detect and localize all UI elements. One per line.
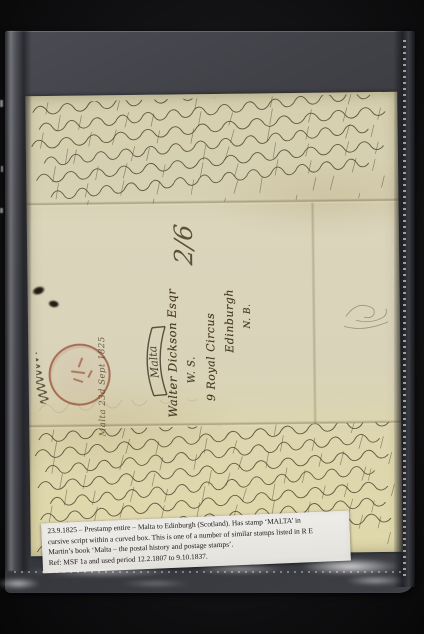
address-line-region: N. B. (238, 256, 258, 328)
address-line-street: 9 Royal Circus (200, 257, 221, 401)
address-block: Walter Dickson Esqr W. S. 9 Royal Circus… (162, 256, 264, 417)
background-speck (0, 208, 3, 213)
malta-stamp: Malta (139, 323, 174, 401)
handwriting-left-annotation (35, 319, 50, 404)
doodle-sketch (342, 286, 397, 335)
glare-highlight (300, 558, 400, 575)
ink-blot (31, 284, 47, 297)
ink-blot (47, 299, 60, 309)
background-speck (1, 166, 3, 172)
background-speck (0, 100, 3, 107)
address-line-title: W. S. (181, 257, 202, 383)
malta-stamp-text: Malta (146, 345, 162, 379)
malta-stamp-frame-bottom (160, 327, 167, 395)
address-line-city: Edinburgh (219, 257, 239, 353)
glare-highlight (120, 580, 190, 587)
docket-note: Malta 23d Sept 1825 (97, 331, 114, 441)
sleeve-stitching-right (403, 40, 406, 580)
glare-highlight (195, 564, 285, 574)
sleeve-left-edge (5, 31, 31, 571)
glare-highlight (25, 566, 175, 577)
handwriting-top-panel (29, 93, 400, 207)
folded-letter: 2/6 Walter Dickson Esqr W. S. 9 Royal Ci… (25, 92, 403, 557)
fold-crease-vertical (311, 203, 318, 425)
photo-background: 2/6 Walter Dickson Esqr W. S. 9 Royal Ci… (0, 0, 424, 634)
glare-highlight (345, 576, 405, 585)
